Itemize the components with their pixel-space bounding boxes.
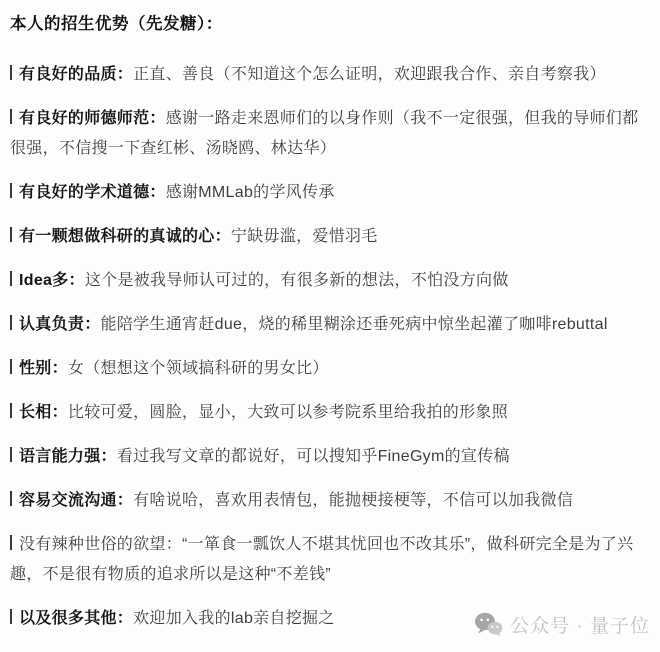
item-label: 以及很多其他： xyxy=(19,610,133,627)
article-page: 本人的招生优势（先发糖）： 有良好的品质：正直、善良（不知道这个怎么证明，欢迎跟… xyxy=(0,0,660,652)
item-text: 比较可爱，圆脸，显小，大致可以参考院系里给我拍的形象照 xyxy=(68,404,508,421)
list-item: 有一颗想做科研的真诚的心：宁缺毋滥，爱惜羽毛 xyxy=(10,222,650,252)
item-text: 这个是被我导师认可过的，有很多新的想法，不怕没方向做 xyxy=(85,272,509,289)
list-item: 性别：女（想想这个领域搞科研的男女比） xyxy=(10,354,650,384)
list-item: 有良好的品质：正直、善良（不知道这个怎么证明，欢迎跟我合作、亲自考察我） xyxy=(10,60,650,90)
item-text: 有啥说哈，喜欢用表情包，能抛梗接梗等，不信可以加我微信 xyxy=(133,492,573,509)
watermark: 公众号 · 量子位 xyxy=(474,611,650,638)
item-text: 正直、善良（不知道这个怎么证明，欢迎跟我合作、亲自考察我） xyxy=(133,66,606,83)
list-item: Idea多：这个是被我导师认可过的，有很多新的想法，不怕没方向做 xyxy=(10,266,650,296)
item-text: 宁缺毋滥，爱惜羽毛 xyxy=(231,228,378,245)
list-item: 有良好的师德师范：感谢一路走来恩师们的以身作则（我不一定很强，但我的导师们都很强… xyxy=(10,104,650,164)
bullet-bar-icon xyxy=(10,609,12,624)
wechat-icon xyxy=(474,612,503,637)
list-item: 有良好的学术道德：感谢MMLab的学风传承 xyxy=(10,178,650,208)
item-label: 语言能力强： xyxy=(19,448,117,465)
item-label: 有良好的学术道德： xyxy=(19,184,166,201)
bullet-bar-icon xyxy=(10,183,12,198)
bullet-bar-icon xyxy=(10,109,12,124)
bullet-bar-icon xyxy=(10,447,12,462)
list-item: 认真负责：能陪学生通宵赶due，烧的稀里糊涂还垂死病中惊坐起灌了咖啡rebutt… xyxy=(10,310,650,340)
item-text: 欢迎加入我的lab亲自挖掘之 xyxy=(133,610,335,627)
bullet-bar-icon xyxy=(10,315,12,330)
item-label: 认真负责： xyxy=(19,316,101,333)
item-label: Idea多： xyxy=(19,272,85,289)
item-label: 有良好的师德师范： xyxy=(19,110,166,127)
page-title: 本人的招生优势（先发糖）： xyxy=(10,9,650,39)
item-label: 有一颗想做科研的真诚的心： xyxy=(19,228,231,245)
bullet-bar-icon xyxy=(10,65,12,80)
item-text: 女（想想这个领域搞科研的男女比） xyxy=(68,360,329,377)
watermark-text: 公众号 · 量子位 xyxy=(510,611,650,638)
list-item: 长相：比较可爱，圆脸，显小，大致可以参考院系里给我拍的形象照 xyxy=(10,398,650,428)
list-item: 没有辣种世俗的欲望：“一箪食一瓢饮人不堪其忧回也不改其乐”，做科研完全是为了兴趣… xyxy=(10,530,650,590)
bullet-bar-icon xyxy=(10,491,12,506)
item-label: 容易交流沟通： xyxy=(19,492,133,509)
bullet-bar-icon xyxy=(10,535,12,550)
item-text: 感谢MMLab的学风传承 xyxy=(166,184,335,201)
item-label: 性别： xyxy=(19,360,68,377)
bullet-bar-icon xyxy=(10,227,12,242)
list-item: 容易交流沟通：有啥说哈，喜欢用表情包，能抛梗接梗等，不信可以加我微信 xyxy=(10,486,650,516)
item-text: 看过我写文章的都说好，可以搜知乎FineGym的宣传稿 xyxy=(117,448,510,465)
bullet-bar-icon xyxy=(10,403,12,418)
item-text: 能陪学生通宵赶due，烧的稀里糊涂还垂死病中惊坐起灌了咖啡rebuttal xyxy=(101,316,608,333)
bullet-bar-icon xyxy=(10,359,12,374)
list-item: 语言能力强：看过我写文章的都说好，可以搜知乎FineGym的宣传稿 xyxy=(10,442,650,472)
item-label: 长相： xyxy=(19,404,68,421)
bullet-bar-icon xyxy=(10,271,12,286)
item-label: 有良好的品质： xyxy=(19,66,133,83)
item-label: 没有辣种世俗的欲望： xyxy=(19,536,182,553)
